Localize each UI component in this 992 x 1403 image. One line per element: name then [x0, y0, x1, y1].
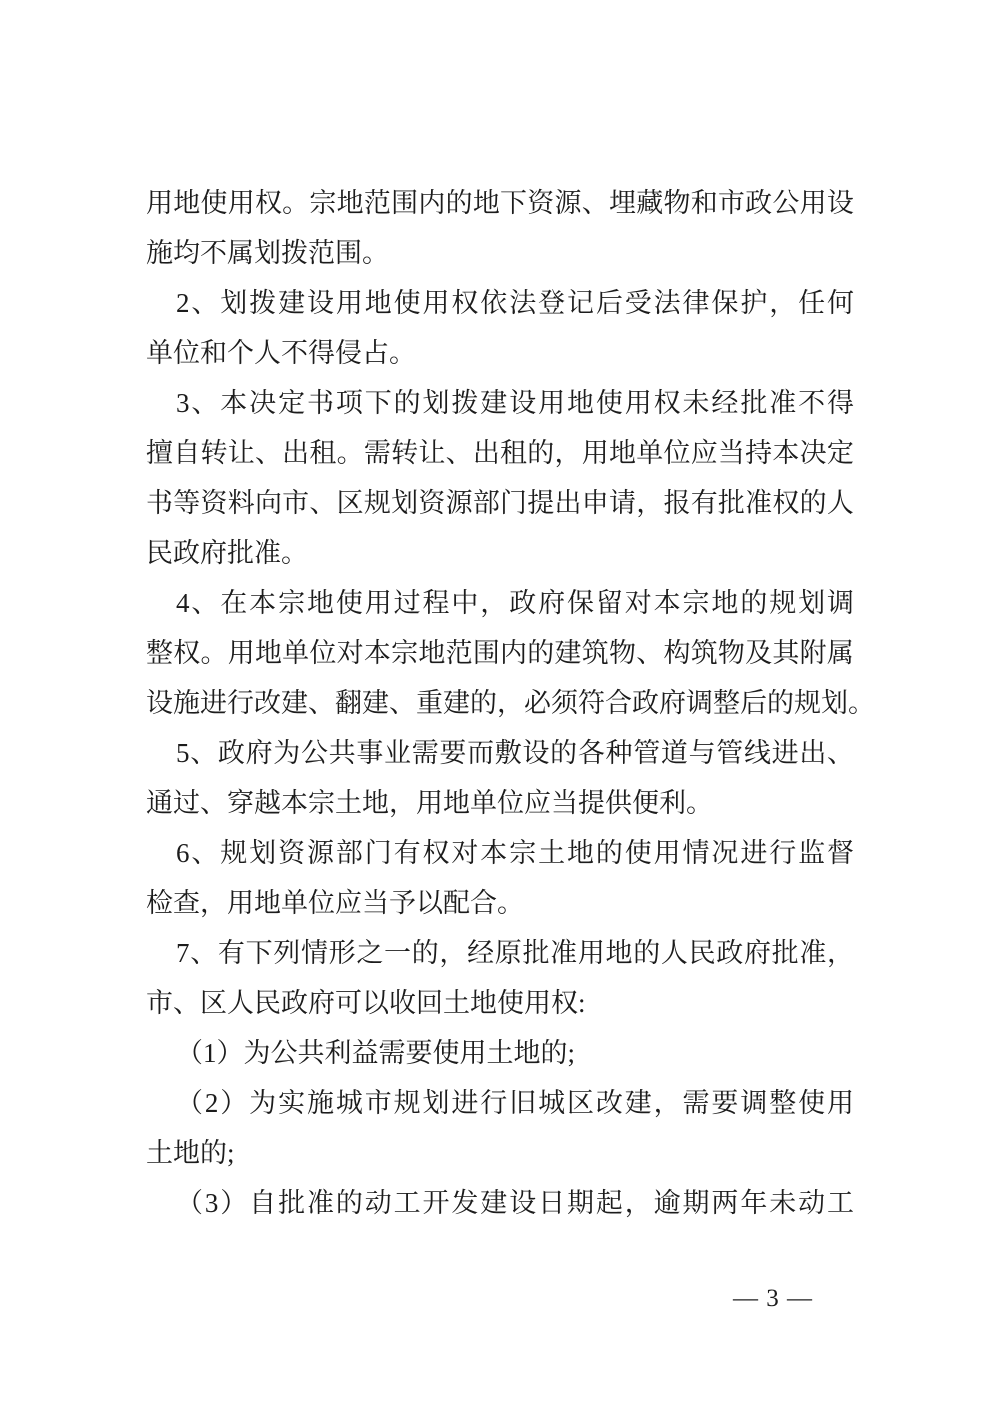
text-line: 整权。用地单位对本宗地范围内的建筑物、构筑物及其附属: [146, 628, 854, 678]
text-line: 检查，用地单位应当予以配合。: [146, 878, 854, 928]
text-line: 6、规划资源部门有权对本宗土地的使用情况进行监督: [146, 828, 854, 878]
text-line: （2）为实施城市规划进行旧城区改建，需要调整使用: [146, 1078, 854, 1128]
text-line: 书等资料向市、区规划资源部门提出申请，报有批准权的人: [146, 478, 854, 528]
text-line: 用地使用权。宗地范围内的地下资源、埋藏物和市政公用设: [146, 178, 854, 228]
text-line: （3）自批准的动工开发建设日期起，逾期两年未动工: [146, 1178, 854, 1228]
text-line: 民政府批准。: [146, 528, 854, 578]
text-line: 3、本决定书项下的划拨建设用地使用权未经批准不得: [146, 378, 854, 428]
text-line: 设施进行改建、翻建、重建的，必须符合政府调整后的规划。: [146, 678, 854, 728]
text-line: 4、在本宗地使用过程中，政府保留对本宗地的规划调: [146, 578, 854, 628]
text-line: 单位和个人不得侵占。: [146, 328, 854, 378]
text-line: 通过、穿越本宗土地，用地单位应当提供便利。: [146, 778, 854, 828]
text-line: 市、区人民政府可以收回土地使用权:: [146, 978, 854, 1028]
body-text: 用地使用权。宗地范围内的地下资源、埋藏物和市政公用设 施均不属划拨范围。 2、划…: [146, 178, 854, 1228]
text-line: 2、划拨建设用地使用权依法登记后受法律保护，任何: [146, 278, 854, 328]
text-line: （1）为公共利益需要使用土地的;: [146, 1028, 854, 1078]
text-line: 5、政府为公共事业需要而敷设的各种管道与管线进出、: [146, 728, 854, 778]
text-line: 擅自转让、出租。需转让、出租的，用地单位应当持本决定: [146, 428, 854, 478]
page-number: — 3 —: [733, 1283, 813, 1315]
text-line: 施均不属划拨范围。: [146, 228, 854, 278]
text-line: 土地的;: [146, 1128, 854, 1178]
document-page: 用地使用权。宗地范围内的地下资源、埋藏物和市政公用设 施均不属划拨范围。 2、划…: [0, 0, 992, 1403]
text-line: 7、有下列情形之一的，经原批准用地的人民政府批准，: [146, 928, 854, 978]
